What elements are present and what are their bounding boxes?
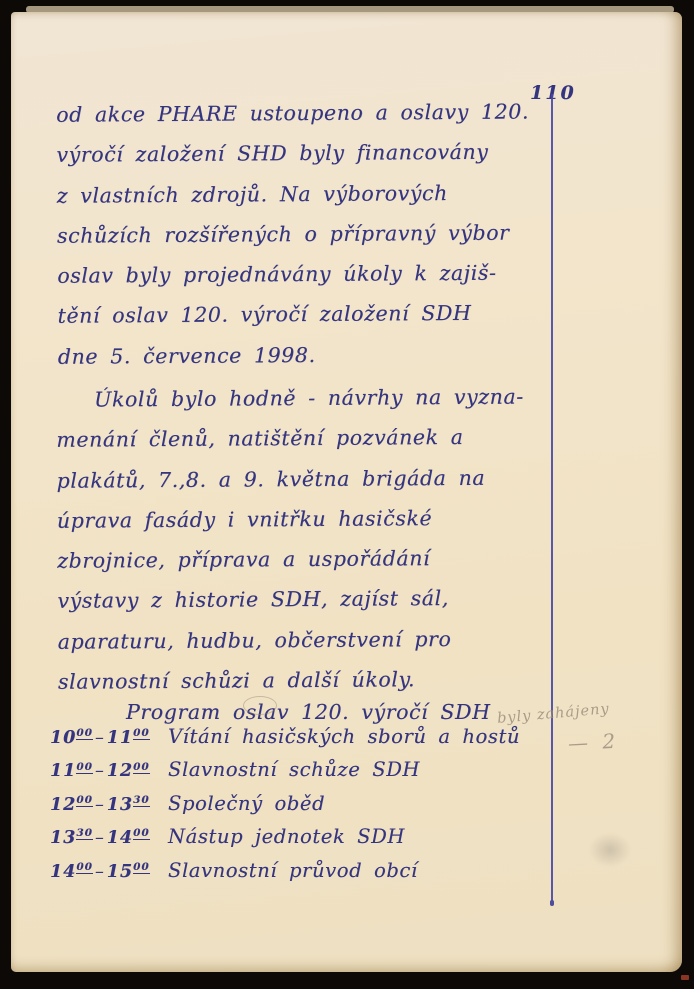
text-line: menání členů, natištění pozvánek a (56, 417, 556, 461)
text-line: plakátů, 7.,8. a 9. května brigáda na (56, 457, 556, 501)
scanned-chronicle-page: 110 od akce PHARE ustoupeno a oslavy 120… (0, 0, 694, 989)
text-line: zbrojnice, příprava a uspořádání (57, 537, 557, 581)
paragraph-financing: od akce PHARE ustoupeno a oslavy 120. vý… (56, 91, 558, 377)
text-line: oslav byly projednávány úkoly k zajiš- (57, 252, 557, 296)
text-line: úprava fasády i vnitřku hasičské (57, 497, 557, 541)
text-line: z vlastních zdrojů. Na výborových (57, 172, 557, 216)
paragraph-tasks: Úkolů bylo hodně - návrhy na vyzna- mená… (56, 376, 558, 702)
text-line: tění oslav 120. výročí založení SDH (57, 293, 557, 337)
program-schedule: Program oslav 120. výročí SDH 1000–1100 … (50, 699, 630, 892)
program-event-label: Vítání hasičských sborů a hostů (168, 725, 520, 748)
text-line: schůzích rozšířených o přípravný výbor (57, 212, 557, 256)
program-time: 1000–1100 (50, 728, 168, 748)
text-line: aparaturu, hudbu, občerstvení pro (58, 618, 558, 662)
corner-red-mark (681, 975, 689, 980)
text-line: výstavy z historie SDH, zajíst sál, (57, 578, 557, 622)
program-time: 1330–1400 (50, 828, 168, 848)
paper-smudge (589, 833, 631, 867)
program-event-label: Nástup jednotek SDH (168, 825, 405, 848)
text-line: výročí založení SHD byly financovány (56, 132, 556, 176)
program-event-label: Společný oběd (168, 792, 325, 815)
program-event-label: Slavnostní průvod obcí (168, 859, 418, 882)
program-row: 1000–1100 Vítání hasičských sborů a host… (50, 725, 630, 758)
program-event-label: Slavnostní schůze SDH (168, 758, 420, 781)
text-line: od akce PHARE ustoupeno a oslavy 120. (56, 91, 556, 135)
program-row: 1100–1200 Slavnostní schůze SDH (50, 758, 630, 791)
text-line: dne 5. července 1998. (58, 333, 558, 377)
program-time: 1400–1500 (50, 862, 168, 882)
program-row: 1200–1330 Společný oběd (50, 792, 630, 825)
text-line: Úkolů bylo hodně - návrhy na vyzna- (56, 376, 556, 420)
pencil-mark: — 2 (567, 729, 619, 756)
pencil-circle-mark (243, 696, 277, 715)
program-time: 1200–1330 (50, 795, 168, 815)
program-row: 1330–1400 Nástup jednotek SDH (50, 825, 630, 858)
text-line: slavnostní schůzi a další úkoly. (58, 658, 558, 702)
program-time: 1100–1200 (50, 761, 168, 781)
program-row: 1400–1500 Slavnostní průvod obcí (50, 859, 630, 892)
